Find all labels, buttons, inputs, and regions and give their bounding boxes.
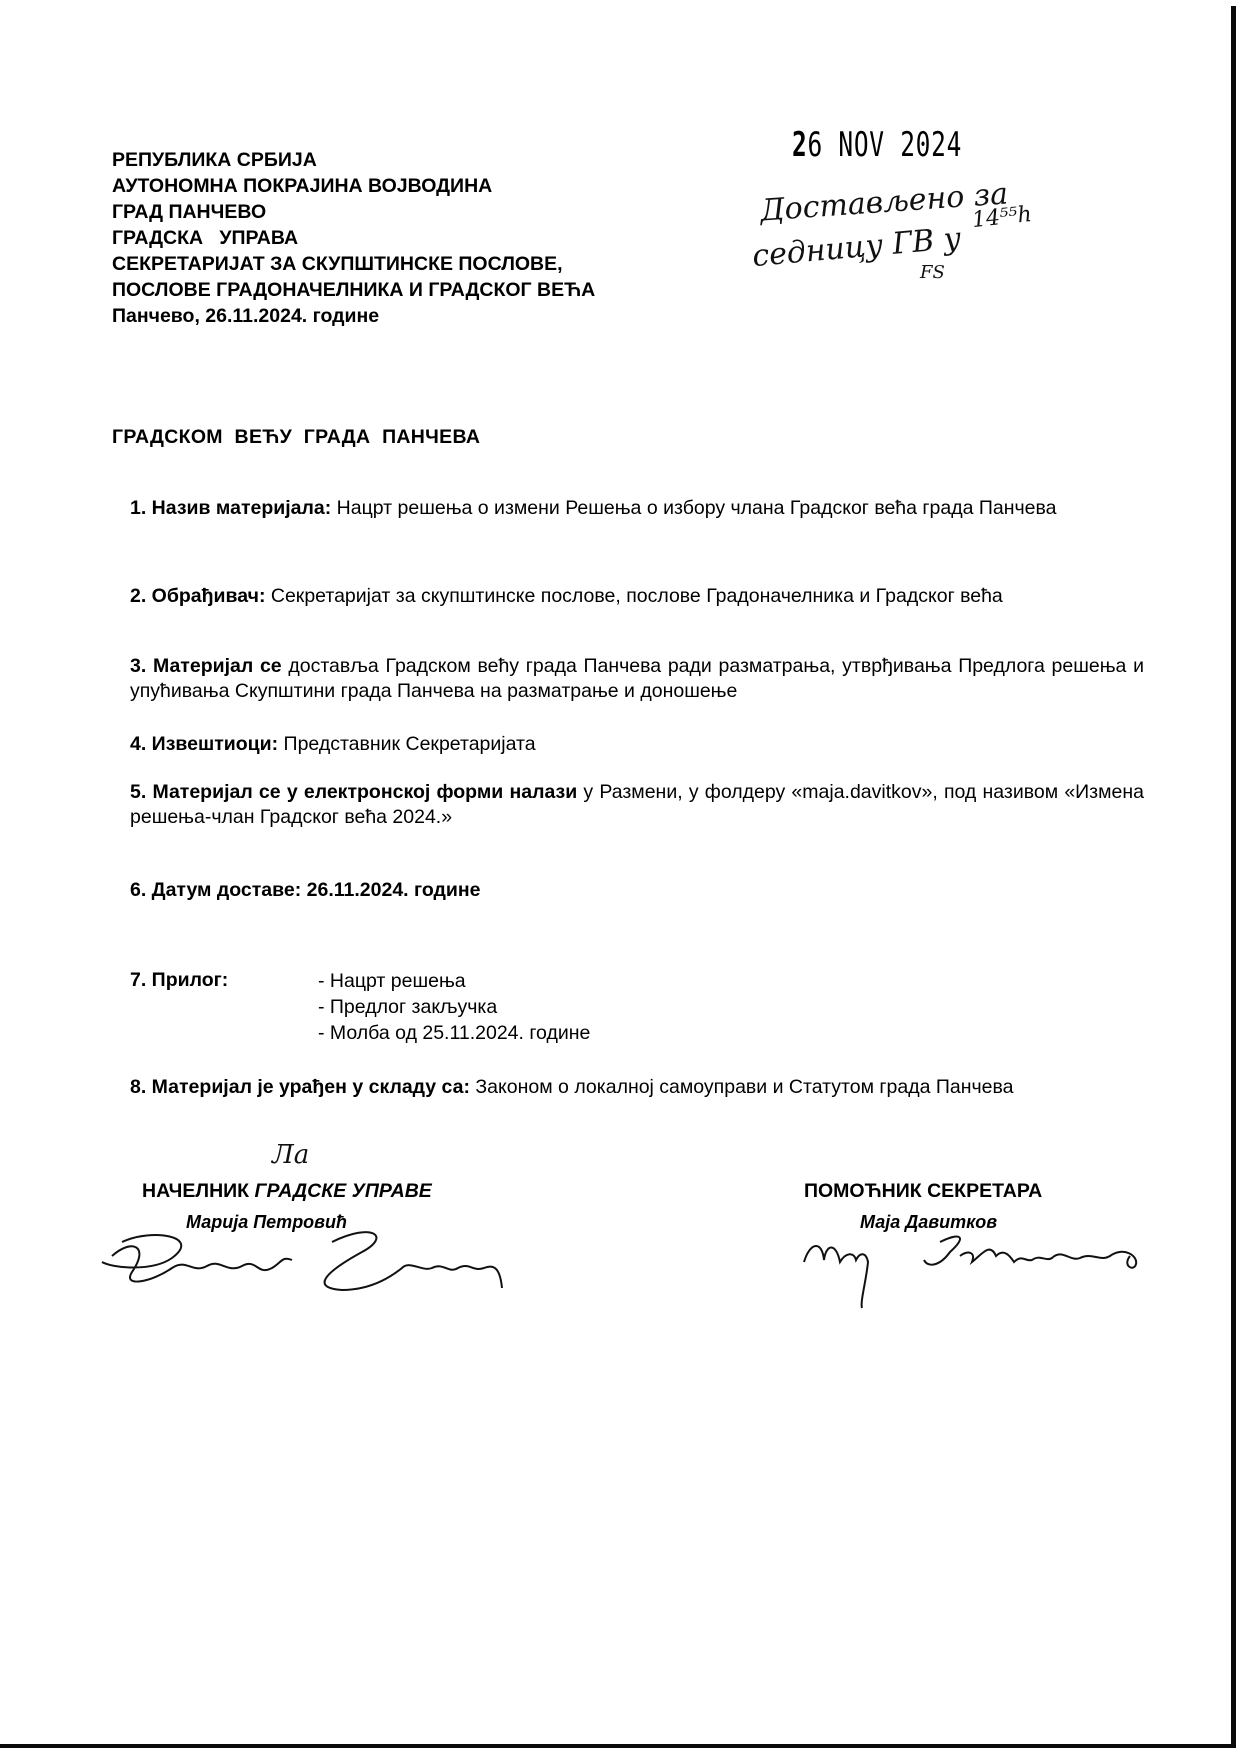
letterhead-secretariat-cont: ПОСЛОВЕ ГРАДОНАЧЕЛНИКА И ГРАДСКОГ ВЕЋА xyxy=(112,277,595,303)
item-label: 5. Материјал се у електронској форми нал… xyxy=(130,781,577,803)
item-delivery-date: 6. Датум доставе: 26.11.2024. године xyxy=(130,878,481,903)
handwritten-note-initials: FS xyxy=(920,262,945,283)
item-label: 7. Прилог: xyxy=(130,969,228,991)
item-label: 8. Материјал је урађен у складу са: xyxy=(130,1076,470,1098)
item-label: 6. Датум доставе: 26.11.2024. године xyxy=(130,879,481,901)
item-legal-basis: 8. Материјал је урађен у складу са: Зако… xyxy=(130,1070,1090,1104)
attachments-list: - Нацрт решења - Предлог закључка - Молб… xyxy=(318,968,590,1046)
letterhead-secretariat: СЕКРЕТАРИЈАТ ЗА СКУПШТИНСКЕ ПОСЛОВЕ, xyxy=(112,251,595,277)
attachment-item: - Предлог закључка xyxy=(318,994,590,1020)
item-text: Секретаријат за скупштинске послове, пос… xyxy=(265,585,1002,607)
item-text: Представник Секретаријата xyxy=(278,733,535,755)
item-rapporteurs: 4. Извештиоци: Представник Секретаријата xyxy=(130,732,536,757)
signatory-right-title: ПОМОЋНИК СЕКРЕТАРА xyxy=(804,1180,1042,1203)
item-label: 2. Обрађивач: xyxy=(130,585,265,607)
stamp-date-rest: 6 NOV 2024 xyxy=(807,125,962,165)
addressee: ГРАДСКОМ ВЕЋУ ГРАДА ПАНЧЕВА xyxy=(112,426,480,449)
item-label: 3. Материјал се xyxy=(130,655,282,677)
item-material-name: 1. Назив материјала: Нацрт решења о изме… xyxy=(112,496,1144,521)
letterhead-country: РЕПУБЛИКА СРБИЈА xyxy=(112,147,595,173)
letterhead-administration: ГРАДСКА УПРАВА xyxy=(112,225,595,251)
signatory-left-title-regular: НАЧЕЛНИК xyxy=(142,1180,255,1202)
letterhead-city: ГРАД ПАНЧЕВО xyxy=(112,199,595,225)
item-electronic-location: 5. Материјал се у електронској форми нал… xyxy=(130,780,1144,830)
item-label: 1. Назив материјала: xyxy=(112,497,331,519)
item-attachments: 7. Прилог: xyxy=(130,968,228,993)
handwritten-signature-left xyxy=(92,1228,512,1298)
handwritten-note-time: 14⁵⁵h xyxy=(971,202,1033,233)
item-text: доставља Градском већу града Панчева рад… xyxy=(130,655,1144,702)
attachment-item: - Нацрт решења xyxy=(318,968,590,994)
scan-border-bottom xyxy=(0,1744,1236,1748)
received-date-stamp: 26 NOV 2024 xyxy=(792,125,962,165)
letterhead-province: АУТОНОМНА ПОКРАЈИНА ВОЈВОДИНА xyxy=(112,173,595,199)
handwritten-signature-right xyxy=(800,1232,1180,1312)
letterhead-place-date: Панчево, 26.11.2024. године xyxy=(112,303,595,329)
signature-prefix-scribble: Ла xyxy=(272,1140,309,1170)
signatory-left-title-italic: ГРАДСКЕ УПРАВЕ xyxy=(255,1180,432,1202)
signatory-right-name: Маја Давитков xyxy=(860,1212,997,1233)
item-processor: 2. Обрађивач: Секретаријат за скупштинск… xyxy=(130,580,1120,613)
item-text: Законом о локалној самоуправи и Статутом… xyxy=(470,1076,1014,1098)
signatory-left-title: НАЧЕЛНИК ГРАДСКЕ УПРАВЕ xyxy=(142,1180,432,1203)
stamp-day-digit: 2 xyxy=(792,125,807,165)
item-material-delivery: 3. Материјал се доставља Градском већу г… xyxy=(130,654,1144,704)
attachment-item: - Молба од 25.11.2024. године xyxy=(318,1020,590,1046)
scan-border-right xyxy=(1231,6,1236,1746)
letterhead: РЕПУБЛИКА СРБИЈА АУТОНОМНА ПОКРАЈИНА ВОЈ… xyxy=(112,147,595,329)
item-label: 4. Извештиоци: xyxy=(130,733,278,755)
item-text: Нацрт решења о измени Решења о избору чл… xyxy=(331,497,1056,519)
